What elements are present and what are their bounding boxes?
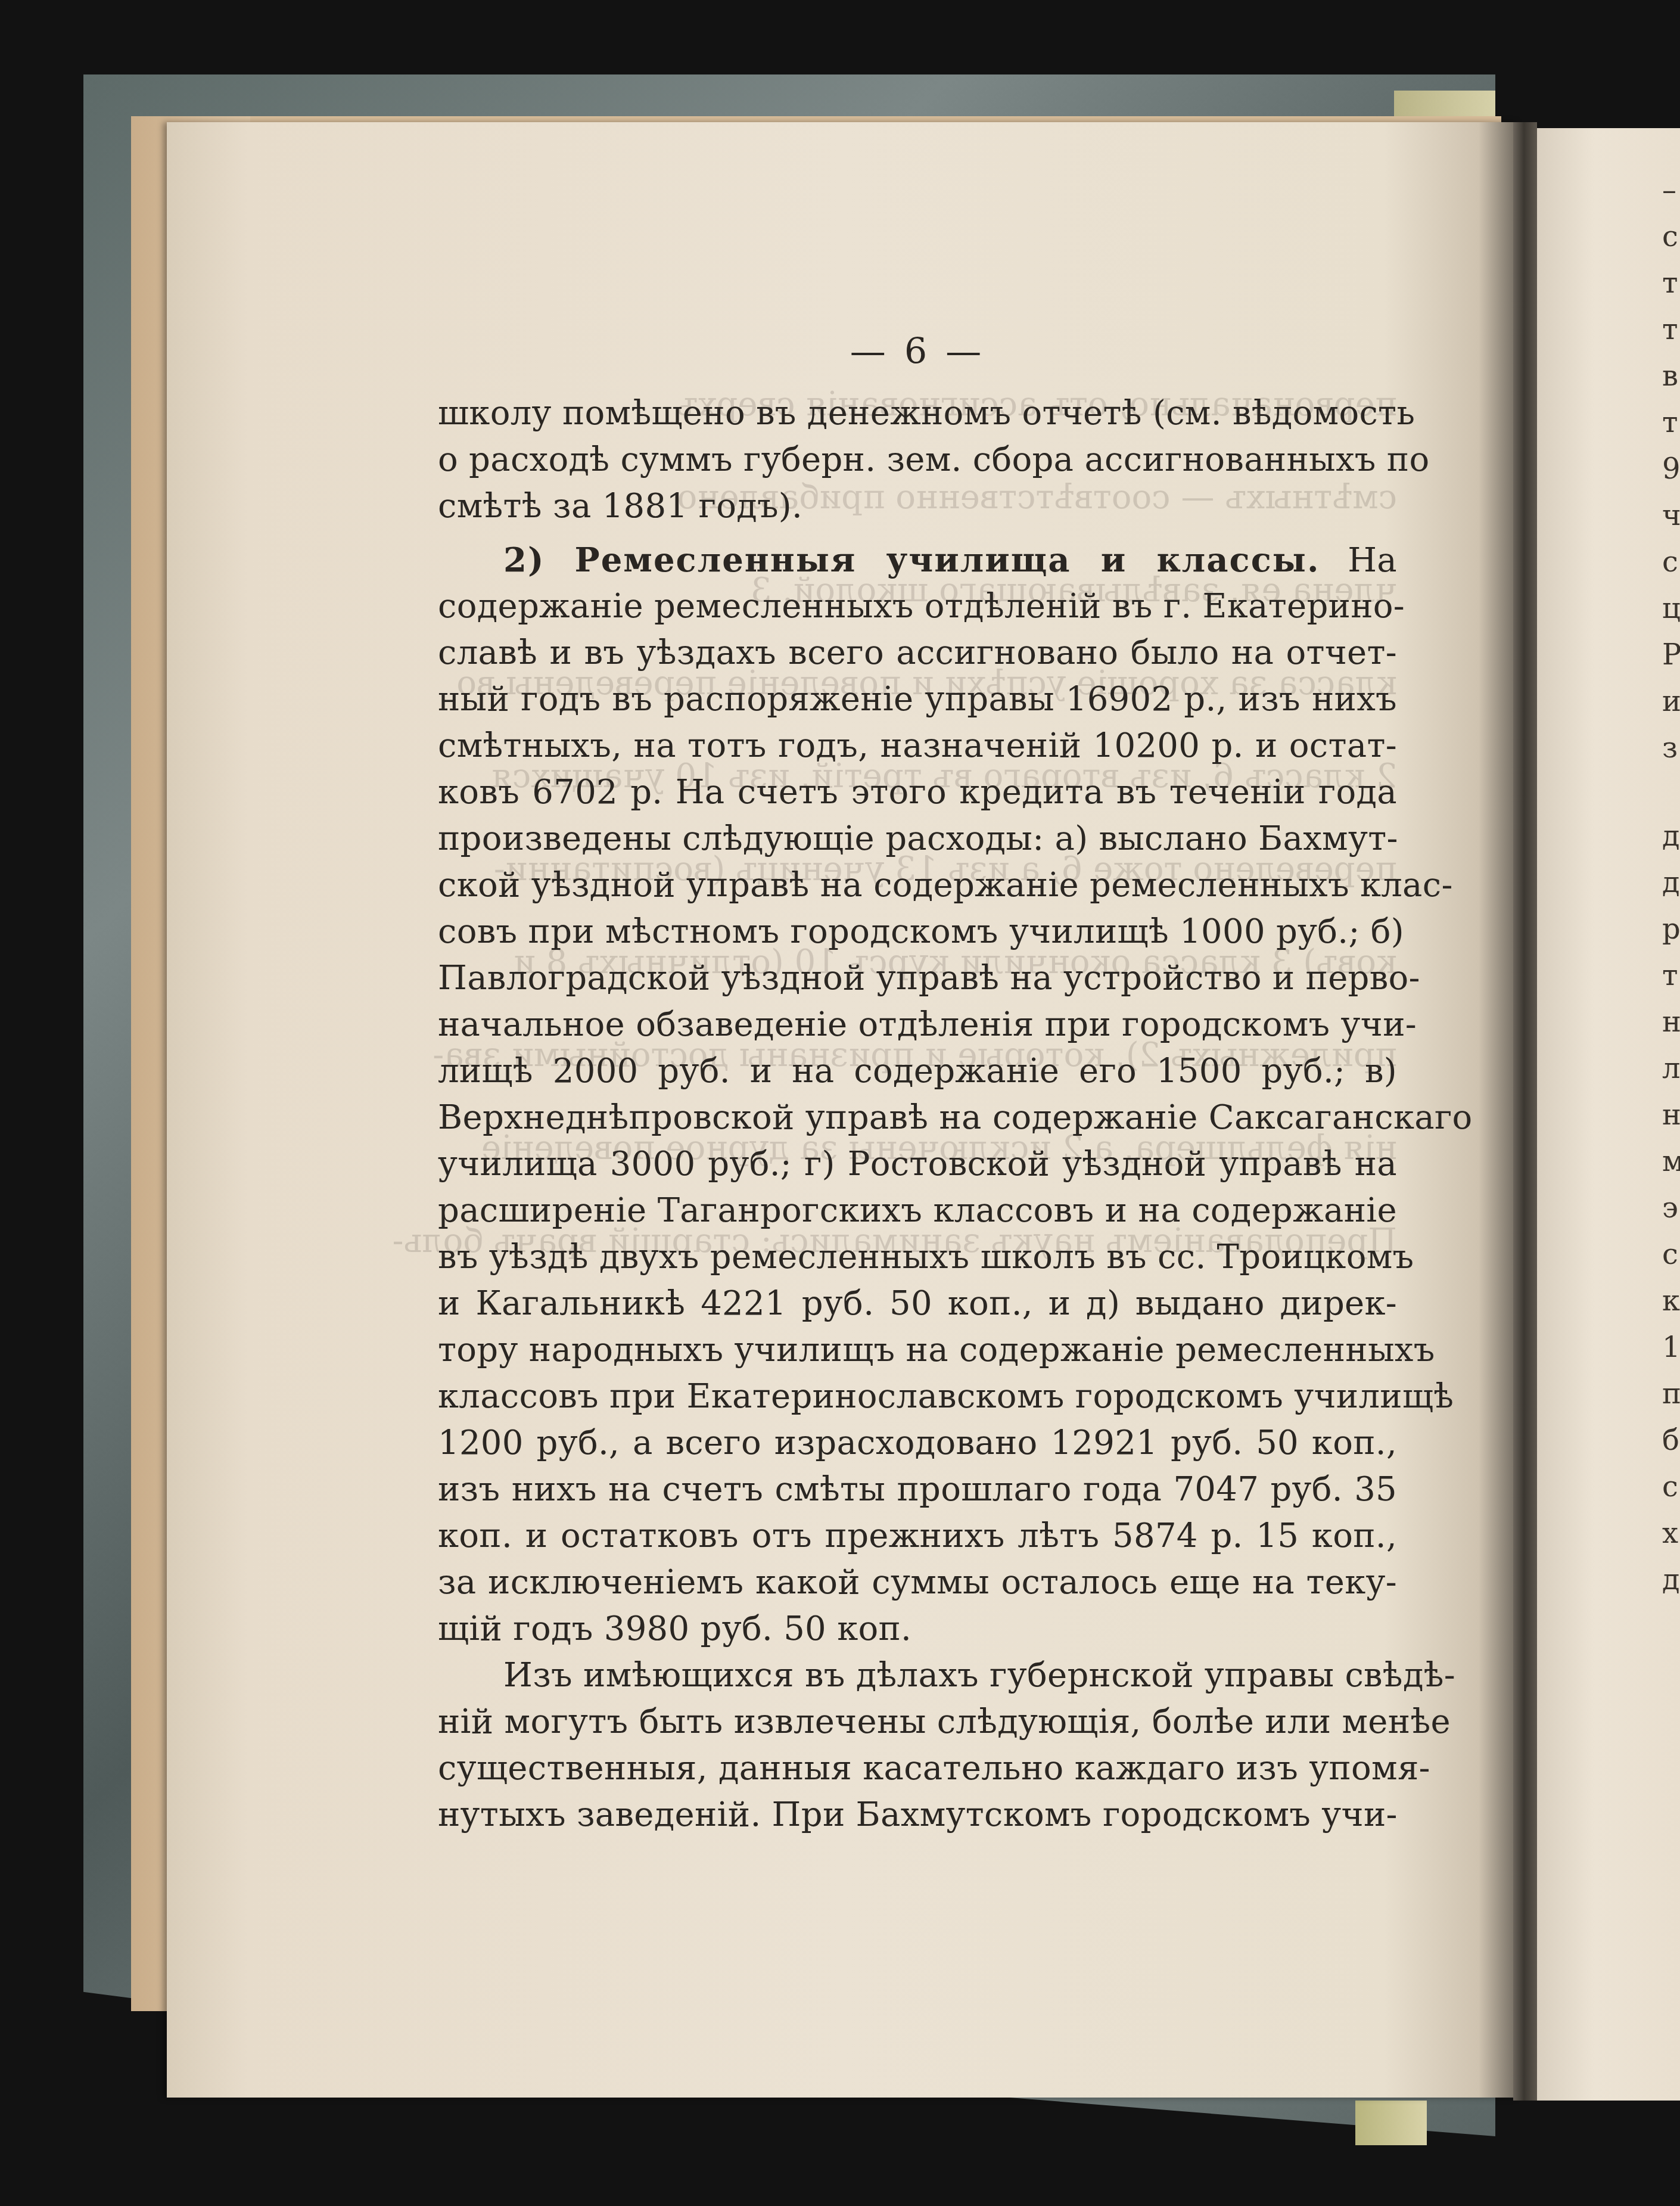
facing-page-fragment: н xyxy=(1662,999,1680,1045)
text-line: 1200 руб., а всего израсходовано 12921 р… xyxy=(438,1420,1397,1466)
facing-page-fragment: с xyxy=(1662,539,1680,585)
text-line: школу помѣщено въ денежномъ отчетѣ (см. … xyxy=(438,390,1397,437)
facing-page-fragment: б xyxy=(1662,1417,1680,1464)
facing-page-fragment: с xyxy=(1662,213,1680,260)
facing-page-fragment: з xyxy=(1662,725,1680,771)
text-line: содержаніе ремесленныхъ отдѣленій въ г. … xyxy=(438,583,1397,630)
facing-page-fragment: в xyxy=(1662,353,1680,399)
text-line: лищѣ 2000 руб. и на содержаніе его 1500 … xyxy=(438,1048,1397,1095)
text-line: въ уѣздѣ двухъ ремесленныхъ школъ въ сс.… xyxy=(438,1234,1397,1281)
text-line: существенныя, данныя касательно каждаго … xyxy=(438,1745,1397,1792)
facing-page-fragment: и xyxy=(1662,678,1680,725)
facing-page-text-fragments: –сттвт9чсцРизддртнлнмэск1пбсхд xyxy=(1662,167,1680,1603)
facing-page-fragment: Р xyxy=(1662,632,1680,678)
paragraph-1: школу помѣщено въ денежномъ отчетѣ (см. … xyxy=(438,390,1397,530)
text-line: Изъ имѣющихся въ дѣлахъ губернской управ… xyxy=(438,1652,1397,1699)
facing-page-fragment: р xyxy=(1662,906,1680,952)
facing-page-fragment: т xyxy=(1662,260,1680,306)
paragraph-3: Изъ имѣющихся въ дѣлахъ губернской управ… xyxy=(438,1652,1397,1838)
text-line: тору народныхъ училищъ на содержаніе рем… xyxy=(438,1327,1397,1374)
facing-page-fragment: 1 xyxy=(1662,1324,1680,1371)
facing-page-fragment: т xyxy=(1662,399,1680,446)
facing-page-fragment: ц xyxy=(1662,585,1680,632)
text-line: ковъ 6702 р. На счетъ этого кредита въ т… xyxy=(438,769,1397,816)
text-line: смѣтѣ за 1881 годъ). xyxy=(438,483,1397,530)
facing-page-fragment: т xyxy=(1662,952,1680,999)
text-line: щій годъ 3980 руб. 50 коп. xyxy=(438,1606,1397,1652)
facing-page-fragment: к xyxy=(1662,1278,1680,1324)
text-line: славѣ и въ уѣздахъ всего ассигновано был… xyxy=(438,630,1397,676)
facing-page-fragment: с xyxy=(1662,1464,1680,1510)
text-span: На xyxy=(1348,541,1397,580)
facing-page-fragment: м xyxy=(1662,1138,1680,1185)
facing-page-fragment: л xyxy=(1662,1045,1680,1092)
facing-page-fragment: н xyxy=(1662,1092,1680,1138)
facing-page-fragment: д xyxy=(1662,1556,1680,1603)
text-line: училища 3000 руб.; г) Ростовской уѣздной… xyxy=(438,1141,1397,1188)
text-line: совъ при мѣстномъ городскомъ училищѣ 100… xyxy=(438,909,1397,955)
facing-page-fragment: – xyxy=(1662,167,1680,213)
text-line: коп. и остатковъ отъ прежнихъ лѣтъ 5874 … xyxy=(438,1513,1397,1559)
facing-page-fragment: 9 xyxy=(1662,446,1680,492)
text-line: изъ нихъ на счетъ смѣты прошлаго года 70… xyxy=(438,1466,1397,1513)
facing-page-fragment: д xyxy=(1662,813,1680,859)
facing-page-fragment: д xyxy=(1662,859,1680,906)
text-line: Верхнеднѣпровской управѣ на содержаніе С… xyxy=(438,1095,1397,1141)
right-page xyxy=(1537,128,1680,2101)
text-line: начальное обзаведеніе отдѣленія при горо… xyxy=(438,1002,1397,1048)
text-line: нутыхъ заведеній. При Бахмутскомъ городс… xyxy=(438,1792,1397,1838)
paragraph-2: 2) Ремесленныя училища и классы. На соде… xyxy=(438,537,1397,1652)
facing-page-fragment: т xyxy=(1662,306,1680,353)
facing-page-fragment: ч xyxy=(1662,492,1680,539)
text-line: смѣтныхъ, на тотъ годъ, назначеній 10200… xyxy=(438,723,1397,769)
page-number: — 6 — xyxy=(438,325,1397,378)
text-line: ской уѣздной управѣ на содержаніе ремесл… xyxy=(438,862,1397,909)
facing-page-fragment: п xyxy=(1662,1371,1680,1417)
facing-page-fragment xyxy=(1662,771,1680,813)
text-line: Павлоградской уѣздной управѣ на устройст… xyxy=(438,955,1397,1002)
text-line: о расходѣ суммъ губерн. зем. сбора ассиг… xyxy=(438,437,1397,483)
facing-page-fragment: х xyxy=(1662,1510,1680,1556)
text-line: классовъ при Екатеринославскомъ городско… xyxy=(438,1374,1397,1420)
facing-page-fragment: с xyxy=(1662,1231,1680,1278)
book-gutter xyxy=(1513,122,1537,2101)
text-line: произведены слѣдующіе расходы: а) выслан… xyxy=(438,816,1397,862)
page-text: — 6 — школу помѣщено въ денежномъ отчетѣ… xyxy=(438,325,1397,1838)
text-line: ный годъ въ распоряженіе управы 16902 р.… xyxy=(438,676,1397,723)
text-line: расширеніе Таганрогскихъ классовъ и на с… xyxy=(438,1188,1397,1234)
text-line: 2) Ремесленныя училища и классы. На xyxy=(438,537,1397,583)
facing-page-fragment: э xyxy=(1662,1185,1680,1231)
cover-corner-tab-bottom xyxy=(1355,2101,1427,2145)
text-line: ній могутъ быть извлечены слѣдующія, бол… xyxy=(438,1699,1397,1745)
text-line: за исключеніемъ какой суммы осталось еще… xyxy=(438,1559,1397,1606)
section-heading: 2) Ремесленныя училища и классы. xyxy=(503,540,1320,580)
text-line: и Кагальникѣ 4221 руб. 50 коп., и д) выд… xyxy=(438,1281,1397,1327)
